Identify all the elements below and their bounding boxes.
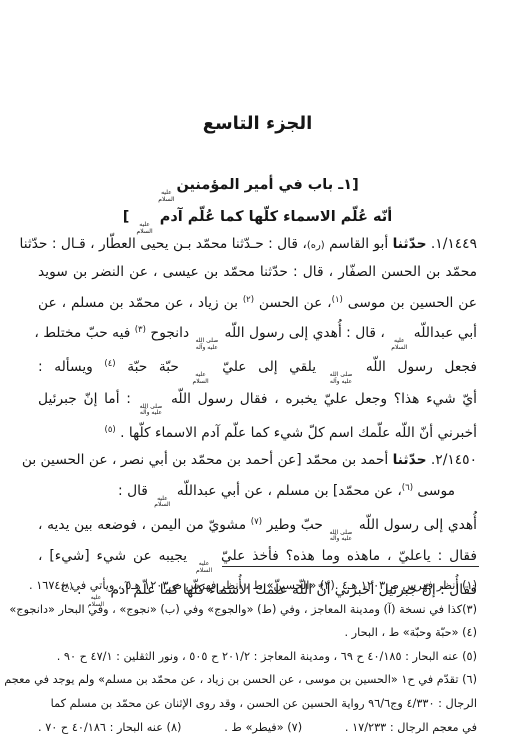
footnote-item: (٤) «حبّة وحبّة» ط ، البحار . [345, 621, 478, 645]
honorific-text: عليه وآله [196, 345, 218, 352]
text-run: ويسأله : [38, 359, 104, 375]
footnote-line: (٦) تقدّم في ح١ «الحسين بن موسى ، عن الح… [38, 668, 477, 692]
text-run: (٥) عنه البحار : ٤٠/١٨٥ ح ٦٩ ، ومدينة ال… [57, 650, 477, 663]
sallallahu-alayhi-wa-alih-icon: صلى اللهعليه وآله [140, 404, 163, 417]
text-run: ، عن الحسن [254, 295, 332, 311]
text-run: موسى [413, 483, 455, 499]
body-line: موسى (٦)، عن محمّد] بن مسلم ، عن أبي عبد… [38, 475, 477, 509]
body-line: أخبرني أنّ اللّه علّمك اسم كلّ شيء كما ع… [38, 417, 477, 447]
footnote-item: (٢) «الحسين» ط ، أُنظر فهرس ص١٢٠٣ هـ٥ ، … [29, 574, 335, 598]
body-line: عن الحسين بن موسى (١)، عن الحسن (٢) بن ز… [38, 287, 477, 317]
honorific-text: السلام [391, 345, 407, 352]
footnote-item: (٦) تقدّم في ح١ «الحسين بن موسى ، عن الح… [4, 668, 477, 692]
honorific-text: عليه وآله [330, 536, 352, 543]
text-run: قال : [118, 483, 152, 499]
honorific-text: السلام [158, 197, 174, 204]
footnotes-block: (١) أُنظر فهرس ص١٢٠٣ هـ٤ .(٢) «الحسين» ط… [38, 574, 477, 739]
text-run: حبّ وطير [262, 517, 328, 533]
chapter-heading: [١ـ باب في أمير المؤمنينعليهالسلامأنّه ع… [38, 171, 477, 235]
text-run: (٧) «فيطر» ط . [224, 721, 302, 734]
text-run: (٦) تقدّم في ح١ «الحسين بن موسى ، عن الح… [4, 673, 477, 686]
text-run: (ره) [307, 240, 325, 251]
body-line: أيّ شيء هذا؟ وجعل عليّ يخبره ، فقال رسول… [38, 386, 477, 417]
footnote-line: (١) أُنظر فهرس ص١٢٠٣ هـ٤ .(٢) «الحسين» ط… [38, 574, 477, 598]
footnote-item: (٧) «فيطر» ط . [224, 716, 302, 740]
footnote-line: في معجم الرجال : ١٧/٢٣٣ .(٧) «فيطر» ط .(… [38, 716, 477, 740]
footnote-item: الرجال : ٤/٣٣٠ وج٩٦/٦ رواية الحسين عن ال… [51, 692, 477, 716]
text-run: دانجوح [146, 325, 194, 341]
footnote-ref: (٣) [135, 325, 146, 335]
text-run: فيه حبّ مختلط ، [34, 325, 134, 341]
honorific-text: السلام [193, 379, 209, 386]
alayhis-salam-icon: عليهالسلام [154, 496, 170, 509]
text-run: أنّه عُلّم الاسماء كلّها كما عُلّم آدم [155, 209, 393, 225]
text-run: (٤) «حبّة وحبّة» ط ، البحار . [345, 626, 478, 639]
footnote-ref: (١) [332, 295, 343, 305]
text-run: محمّد بن الحسن الصفّار ، قال : حدّثنا مح… [38, 264, 477, 280]
text-run: حدّثنا [393, 236, 427, 252]
text-run: ، قال : حـدّثنا محمّد بـن يحيى العطّار ،… [19, 236, 306, 252]
footnote-line: (٥) عنه البحار : ٤٠/١٨٥ ح ٦٩ ، ومدينة ال… [38, 645, 477, 669]
hadith-paragraph: ١/١٤٤٩. حدّثنا أبو القاسم (ره)، قال : حـ… [38, 231, 477, 447]
body-line: محمّد بن الحسن الصفّار ، قال : حدّثنا مح… [38, 259, 477, 286]
book-page: الجزء التاسع [١ـ باب في أمير المؤمنينعلي… [0, 0, 515, 752]
body-line: أُهدي إلى رسول اللّه صلى اللهعليه وآله ح… [38, 509, 477, 543]
honorific-text: عليه وآله [140, 410, 162, 417]
body-line: أبي عبداللّه عليهالسلام ، قال : أُهدي إل… [38, 317, 477, 351]
footnote-line: (٣)كذا في نسخة (آ) ومدينة المعاجز ، وفي … [38, 598, 477, 622]
text-run: أيّ شيء هذا؟ وجعل عليّ يخبره ، فقال رسول… [164, 391, 477, 407]
text-run: مشويّ من اليمن ، فوضعه بين يديه ، [38, 517, 251, 533]
footnote-ref: (٢) [243, 295, 254, 305]
text-run: أبي عبداللّه [409, 325, 477, 341]
footnote-ref: (٧) [251, 517, 262, 527]
text-run: ، عن محمّد] بن مسلم ، عن أبي عبداللّه [172, 483, 401, 499]
footnote-line: الرجال : ٤/٣٣٠ وج٩٦/٦ رواية الحسين عن ال… [38, 692, 477, 716]
text-run: (١) أُنظر فهرس ص١٢٠٣ هـ٤ . [335, 579, 477, 592]
text-run: ، قال : أُهدي إلى رسول اللّه [220, 325, 389, 341]
body-line: فجعل رسول اللّه صلى اللهعليه وآله يلقي إ… [38, 351, 477, 385]
footnote-ref: (٥) [105, 425, 116, 435]
footnote-item: (٥) عنه البحار : ٤٠/١٨٥ ح ٦٩ ، ومدينة ال… [57, 645, 477, 669]
footnote-item: في معجم الرجال : ١٧/٢٣٣ . [345, 716, 477, 740]
footnote-ref: (٦) [402, 483, 413, 493]
text-run: في معجم الرجال : ١٧/٢٣٣ . [345, 721, 477, 734]
body-line: ١/١٤٤٩. حدّثنا أبو القاسم (ره)، قال : حـ… [38, 231, 477, 259]
text-run: أُهدي إلى رسول اللّه [354, 517, 477, 533]
text-run: يجيبه عن شيء [شيء] ، [38, 548, 194, 564]
alayhis-salam-icon: عليهالسلام [158, 190, 174, 203]
text-run: أبو القاسم [325, 236, 393, 252]
text-run: (٨) عنه البحار : ٤٠/١٨٦ ح ٧٠ . [38, 721, 181, 734]
text-run: فقال : ياعليّ ، ماهذه وما هذه؟ فأخذ عليّ [214, 548, 477, 564]
honorific-text: عليه وآله [330, 379, 352, 386]
alayhis-salam-icon: عليهالسلام [193, 372, 209, 385]
footnote-item: (١) أُنظر فهرس ص١٢٠٣ هـ٤ . [335, 574, 477, 598]
sallallahu-alayhi-wa-alih-icon: صلى اللهعليه وآله [195, 338, 218, 351]
page-title: الجزء التاسع [38, 113, 477, 134]
body-line: ٢/١٤٥٠. حدّثنا أحمد بن محمّد [عن أحمد بن… [38, 447, 477, 474]
text-run: يلقي إلى عليّ [211, 359, 328, 375]
alayhis-salam-icon: عليهالسلام [196, 561, 212, 574]
text-run: حدّثنا [393, 452, 427, 468]
sallallahu-alayhi-wa-alih-icon: صلى اللهعليه وآله [330, 530, 353, 543]
text-run: (٣)كذا في نسخة (آ) ومدينة المعاجز ، وفي … [9, 603, 477, 616]
text-run: فجعل رسول اللّه [354, 359, 477, 375]
footnote-ref: (٤) [104, 359, 115, 369]
text-run: [١ـ باب في أمير المؤمنين [176, 177, 358, 193]
sallallahu-alayhi-wa-alih-icon: صلى اللهعليه وآله [330, 372, 353, 385]
footnote-line: (٤) «حبّة وحبّة» ط ، البحار . [38, 621, 477, 645]
text-run: حبّة حبّة [116, 359, 191, 375]
text-run: : أما إنّ جبرئيل [38, 391, 138, 407]
heading-line: [١ـ باب في أمير المؤمنينعليهالسلام [38, 171, 477, 203]
text-run: ٢/١٤٥٠. [427, 452, 477, 468]
hadith-body: ١/١٤٤٩. حدّثنا أبو القاسم (ره)، قال : حـ… [38, 231, 477, 608]
honorific-text: السلام [154, 502, 170, 509]
text-run: (٢) «الحسين» ط ، أُنظر فهرس ص١٢٠٣ هـ٥ ، … [29, 579, 335, 592]
footnote-item: (٣)كذا في نسخة (آ) ومدينة المعاجز ، وفي … [9, 598, 477, 622]
text-run: ١/١٤٤٩. [427, 236, 477, 252]
footnote-separator [222, 566, 479, 567]
text-run: ] [123, 209, 135, 225]
text-run: أخبرني أنّ اللّه علّمك اسم كلّ شيء كما ع… [116, 425, 477, 441]
text-run: بن زياد ، عن محمّد بن مسلم ، عن [38, 295, 243, 311]
alayhis-salam-icon: عليهالسلام [391, 338, 407, 351]
text-run: الرجال : ٤/٣٣٠ وج٩٦/٦ رواية الحسين عن ال… [51, 697, 477, 710]
body-line: فقال : ياعليّ ، ماهذه وما هذه؟ فأخذ عليّ… [38, 543, 477, 574]
text-run: أحمد بن محمّد [عن أحمد بن محمّد بن أبي ن… [22, 452, 393, 468]
text-run: عن الحسين بن موسى [343, 295, 477, 311]
footnote-item: (٨) عنه البحار : ٤٠/١٨٦ ح ٧٠ . [38, 716, 181, 740]
